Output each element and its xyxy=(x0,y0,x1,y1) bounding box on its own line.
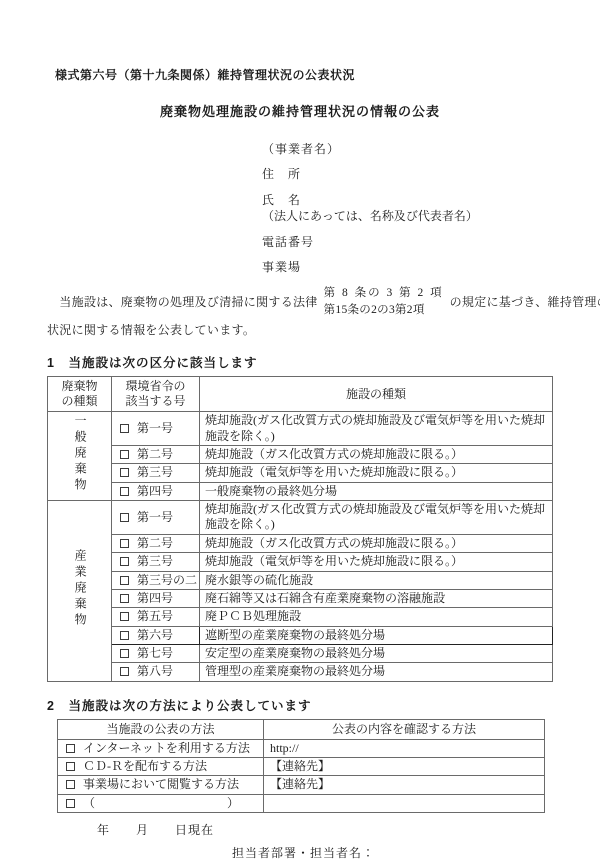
checkbox-other[interactable] xyxy=(66,799,75,808)
clause-label: 第五号 xyxy=(137,609,173,623)
table-row: 第七号 安定型の産業廃棄物の最終処分場 xyxy=(48,644,553,662)
table-row: 第五号 廃ＰＣＢ処理施設 xyxy=(48,608,553,626)
intro-paragraph: 当施設は、廃棄物の処理及び清掃に関する法律 第 8 条の 3 第 2 項 第15… xyxy=(47,285,553,339)
table-row: （ ） xyxy=(58,794,545,812)
phone-label: 電話番号 xyxy=(262,235,553,249)
col-header-confirm: 公表の内容を確認する方法 xyxy=(264,719,545,739)
address-label: 住 所 xyxy=(262,167,553,181)
checkbox-industrial-2[interactable] xyxy=(120,539,129,548)
intro-text-before: 当施設は、廃棄物の処理及び清掃に関する法律 xyxy=(47,293,318,312)
table-row: 一般廃棄物 第一号 焼却施設(ガス化改質方式の焼却施設及び電気炉等を用いた焼却施… xyxy=(48,412,553,446)
col-header-facility: 施設の種類 xyxy=(200,377,553,412)
clause-label: 第四号 xyxy=(137,484,173,498)
checkbox-general-3[interactable] xyxy=(120,468,129,477)
facility-type: 焼却施設(ガス化改質方式の焼却施設及び電気炉等を用いた焼却施設を除く。) xyxy=(200,501,553,535)
checkbox-general-1[interactable] xyxy=(120,424,129,433)
confirm-value: http:// xyxy=(264,739,545,757)
category-label-industrial: 産業廃棄物 xyxy=(72,549,87,629)
table-row-highlighted: 第六号 遮断型の産業廃棄物の最終処分場 xyxy=(48,626,553,644)
facility-type: 焼却施設（電気炉等を用いた焼却施設に限る。） xyxy=(200,464,553,482)
section2-heading: 2 当施設は次の方法により公表しています xyxy=(47,696,553,714)
checkbox-internet[interactable] xyxy=(66,744,75,753)
section1-heading: 1 当施設は次の区分に該当します xyxy=(47,353,553,371)
facility-type: 廃石綿等又は石綿含有産業廃棄物の溶融施設 xyxy=(200,589,553,607)
publication-method-table: 当施設の公表の方法 公表の内容を確認する方法 インターネットを利用する方法 ht… xyxy=(57,719,545,813)
facility-type: 安定型の産業廃棄物の最終処分場 xyxy=(200,644,553,662)
checkbox-industrial-3-2[interactable] xyxy=(120,576,129,585)
law-reference-stack: 第 8 条の 3 第 2 項 第15条の2の3第2項 xyxy=(324,285,444,318)
facility-type: 焼却施設（ガス化改質方式の焼却施設に限る。） xyxy=(200,446,553,464)
document-page: 様式第六号（第十九条関係）維持管理状況の公表状況 廃棄物処理施設の維持管理状況の… xyxy=(0,0,600,861)
confirm-value: 【連絡先】 xyxy=(264,758,545,776)
col-header-waste-type: 廃棄物 の種類 xyxy=(48,377,112,412)
law-clause-top: 第 8 条の 3 第 2 項 xyxy=(324,287,444,299)
category-cell-general: 一般廃棄物 xyxy=(48,412,112,501)
col-header-clause: 環境省令の 該当する号 xyxy=(112,377,200,412)
checkbox-onsite[interactable] xyxy=(66,780,75,789)
checkbox-industrial-8[interactable] xyxy=(120,667,129,676)
facility-type: 管理型の産業廃棄物の最終処分場 xyxy=(200,663,553,681)
intro-text-line2: 状況に関する情報を公表しています。 xyxy=(47,321,553,340)
checkbox-industrial-7[interactable] xyxy=(120,649,129,658)
table-row: 第四号 一般廃棄物の最終処分場 xyxy=(48,482,553,500)
facility-type: 一般廃棄物の最終処分場 xyxy=(200,482,553,500)
clause-label: 第三号の二 xyxy=(137,573,197,587)
table-row: 第三号の二 廃水銀等の硫化施設 xyxy=(48,571,553,589)
clause-label: 第三号 xyxy=(137,465,173,479)
clause-label: 第一号 xyxy=(137,421,173,435)
clause-label: 第八号 xyxy=(137,664,173,678)
name-label: 氏 名 xyxy=(262,193,553,207)
table-row: ＣＤ-Ｒを配布する方法 【連絡先】 xyxy=(58,758,545,776)
method-label: ＣＤ-Ｒを配布する方法 xyxy=(83,759,207,773)
business-name-label: （事業者名） xyxy=(262,142,553,156)
method-label: インターネットを利用する方法 xyxy=(83,741,250,755)
form-number-label: 様式第六号（第十九条関係）維持管理状況の公表状況 xyxy=(55,66,553,83)
table-row: 事業場において閲覧する方法 【連絡先】 xyxy=(58,776,545,794)
checkbox-industrial-3[interactable] xyxy=(120,557,129,566)
table-row: 第二号 焼却施設（ガス化改質方式の焼却施設に限る。） xyxy=(48,534,553,552)
date-line: 年 月 日現在 xyxy=(97,821,553,838)
table-row: 第四号 廃石綿等又は石綿含有産業廃棄物の溶融施設 xyxy=(48,589,553,607)
table-row: 第二号 焼却施設（ガス化改質方式の焼却施設に限る。） xyxy=(48,446,553,464)
facility-category-table: 廃棄物 の種類 環境省令の 該当する号 施設の種類 一般廃棄物 第一号 焼却施設… xyxy=(47,376,553,681)
clause-label: 第四号 xyxy=(137,591,173,605)
facility-type: 焼却施設（ガス化改質方式の焼却施設に限る。） xyxy=(200,534,553,552)
facility-type: 廃水銀等の硫化施設 xyxy=(200,571,553,589)
checkbox-industrial-6[interactable] xyxy=(120,631,129,640)
intro-text-after: の規定に基づき、維持管理の xyxy=(450,293,600,312)
confirm-value: 【連絡先】 xyxy=(264,776,545,794)
table-row: 第三号 焼却施設（電気炉等を用いた焼却施設に限る。） xyxy=(48,553,553,571)
identity-block: （事業者名） 住 所 氏 名 （法人にあっては、名称及び代表者名） 電話番号 事… xyxy=(262,142,553,274)
facility-type: 焼却施設(ガス化改質方式の焼却施設及び電気炉等を用いた焼却施設を除く。) xyxy=(200,412,553,446)
clause-label: 第二号 xyxy=(137,447,173,461)
method-label: 事業場において閲覧する方法 xyxy=(83,777,239,791)
category-label-general: 一般廃棄物 xyxy=(72,414,87,494)
name-note: （法人にあっては、名称及び代表者名） xyxy=(262,209,553,223)
facility-type: 廃ＰＣＢ処理施設 xyxy=(200,608,553,626)
law-clause-bottom: 第15条の2の3第2項 xyxy=(324,304,425,316)
checkbox-general-2[interactable] xyxy=(120,450,129,459)
table-row: インターネットを利用する方法 http:// xyxy=(58,739,545,757)
facility-type: 遮断型の産業廃棄物の最終処分場 xyxy=(200,626,553,644)
table-row: 第八号 管理型の産業廃棄物の最終処分場 xyxy=(48,663,553,681)
checkbox-industrial-5[interactable] xyxy=(120,612,129,621)
contact-line: 担当者部署・担当者名： xyxy=(232,844,553,861)
table-row: 第三号 焼却施設（電気炉等を用いた焼却施設に限る。） xyxy=(48,464,553,482)
checkbox-industrial-1[interactable] xyxy=(120,513,129,522)
checkbox-industrial-4[interactable] xyxy=(120,594,129,603)
method-label: （ ） xyxy=(83,796,239,810)
checkbox-general-4[interactable] xyxy=(120,487,129,496)
clause-label: 第一号 xyxy=(137,510,173,524)
category-cell-industrial: 産業廃棄物 xyxy=(48,501,112,682)
col-header-method: 当施設の公表の方法 xyxy=(58,719,264,739)
checkbox-cdr[interactable] xyxy=(66,762,75,771)
workplace-label: 事業場 xyxy=(262,260,553,274)
document-title: 廃棄物処理施設の維持管理状況の情報の公表 xyxy=(47,101,553,120)
clause-label: 第三号 xyxy=(137,554,173,568)
clause-label: 第二号 xyxy=(137,536,173,550)
confirm-value xyxy=(264,794,545,812)
clause-label: 第六号 xyxy=(137,628,173,642)
clause-label: 第七号 xyxy=(137,646,173,660)
facility-type: 焼却施設（電気炉等を用いた焼却施設に限る。） xyxy=(200,553,553,571)
table-row: 産業廃棄物 第一号 焼却施設(ガス化改質方式の焼却施設及び電気炉等を用いた焼却施… xyxy=(48,501,553,535)
